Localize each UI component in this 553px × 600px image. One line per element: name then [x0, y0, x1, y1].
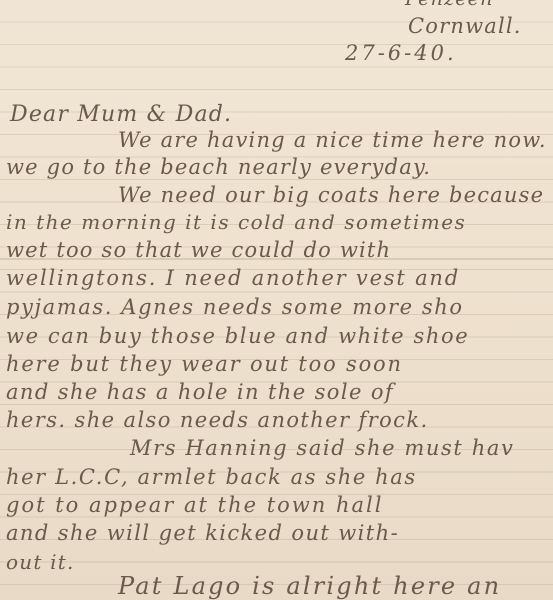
letter-line: we can buy those blue and white shoe: [6, 326, 469, 347]
letter-line: and she has a hole in the sole of: [6, 382, 394, 403]
letter-line: got to appear at the town hall: [6, 495, 383, 516]
letter-line: We are having a nice time here now.: [118, 130, 547, 151]
letter-line: out it.: [6, 552, 75, 572]
salutation: Dear Mum & Dad.: [10, 104, 232, 126]
letter-date: 27-6-40.: [345, 43, 457, 64]
letter-line: we go to the beach nearly everyday.: [6, 157, 431, 178]
letter-line: We need our big coats here because: [118, 185, 544, 206]
letter-line: Mrs Hanning said she must hav: [130, 438, 514, 459]
letter-page: Penzeen Cornwall. 27-6-40. Dear Mum & Da…: [0, 0, 553, 600]
letter-line: wet too so that we could do with: [6, 240, 391, 261]
letter-line: here but they wear out too soon: [6, 354, 403, 375]
letter-line: in the morning it is cold and sometimes: [6, 212, 466, 232]
letter-line: her L.C.C, armlet back as she has: [6, 467, 417, 488]
letter-line: hers. she also needs another frock.: [6, 410, 429, 431]
address-line-county: Cornwall.: [408, 16, 522, 37]
address-line-town: Penzeen: [405, 0, 494, 9]
letter-line: Pat Lago is alright here an: [118, 574, 501, 598]
letter-line: wellingtons. I need another vest and: [6, 268, 460, 289]
letter-line: pyjamas. Agnes needs some more sho: [6, 297, 464, 318]
letter-line: and she will get kicked out with-: [6, 523, 399, 544]
